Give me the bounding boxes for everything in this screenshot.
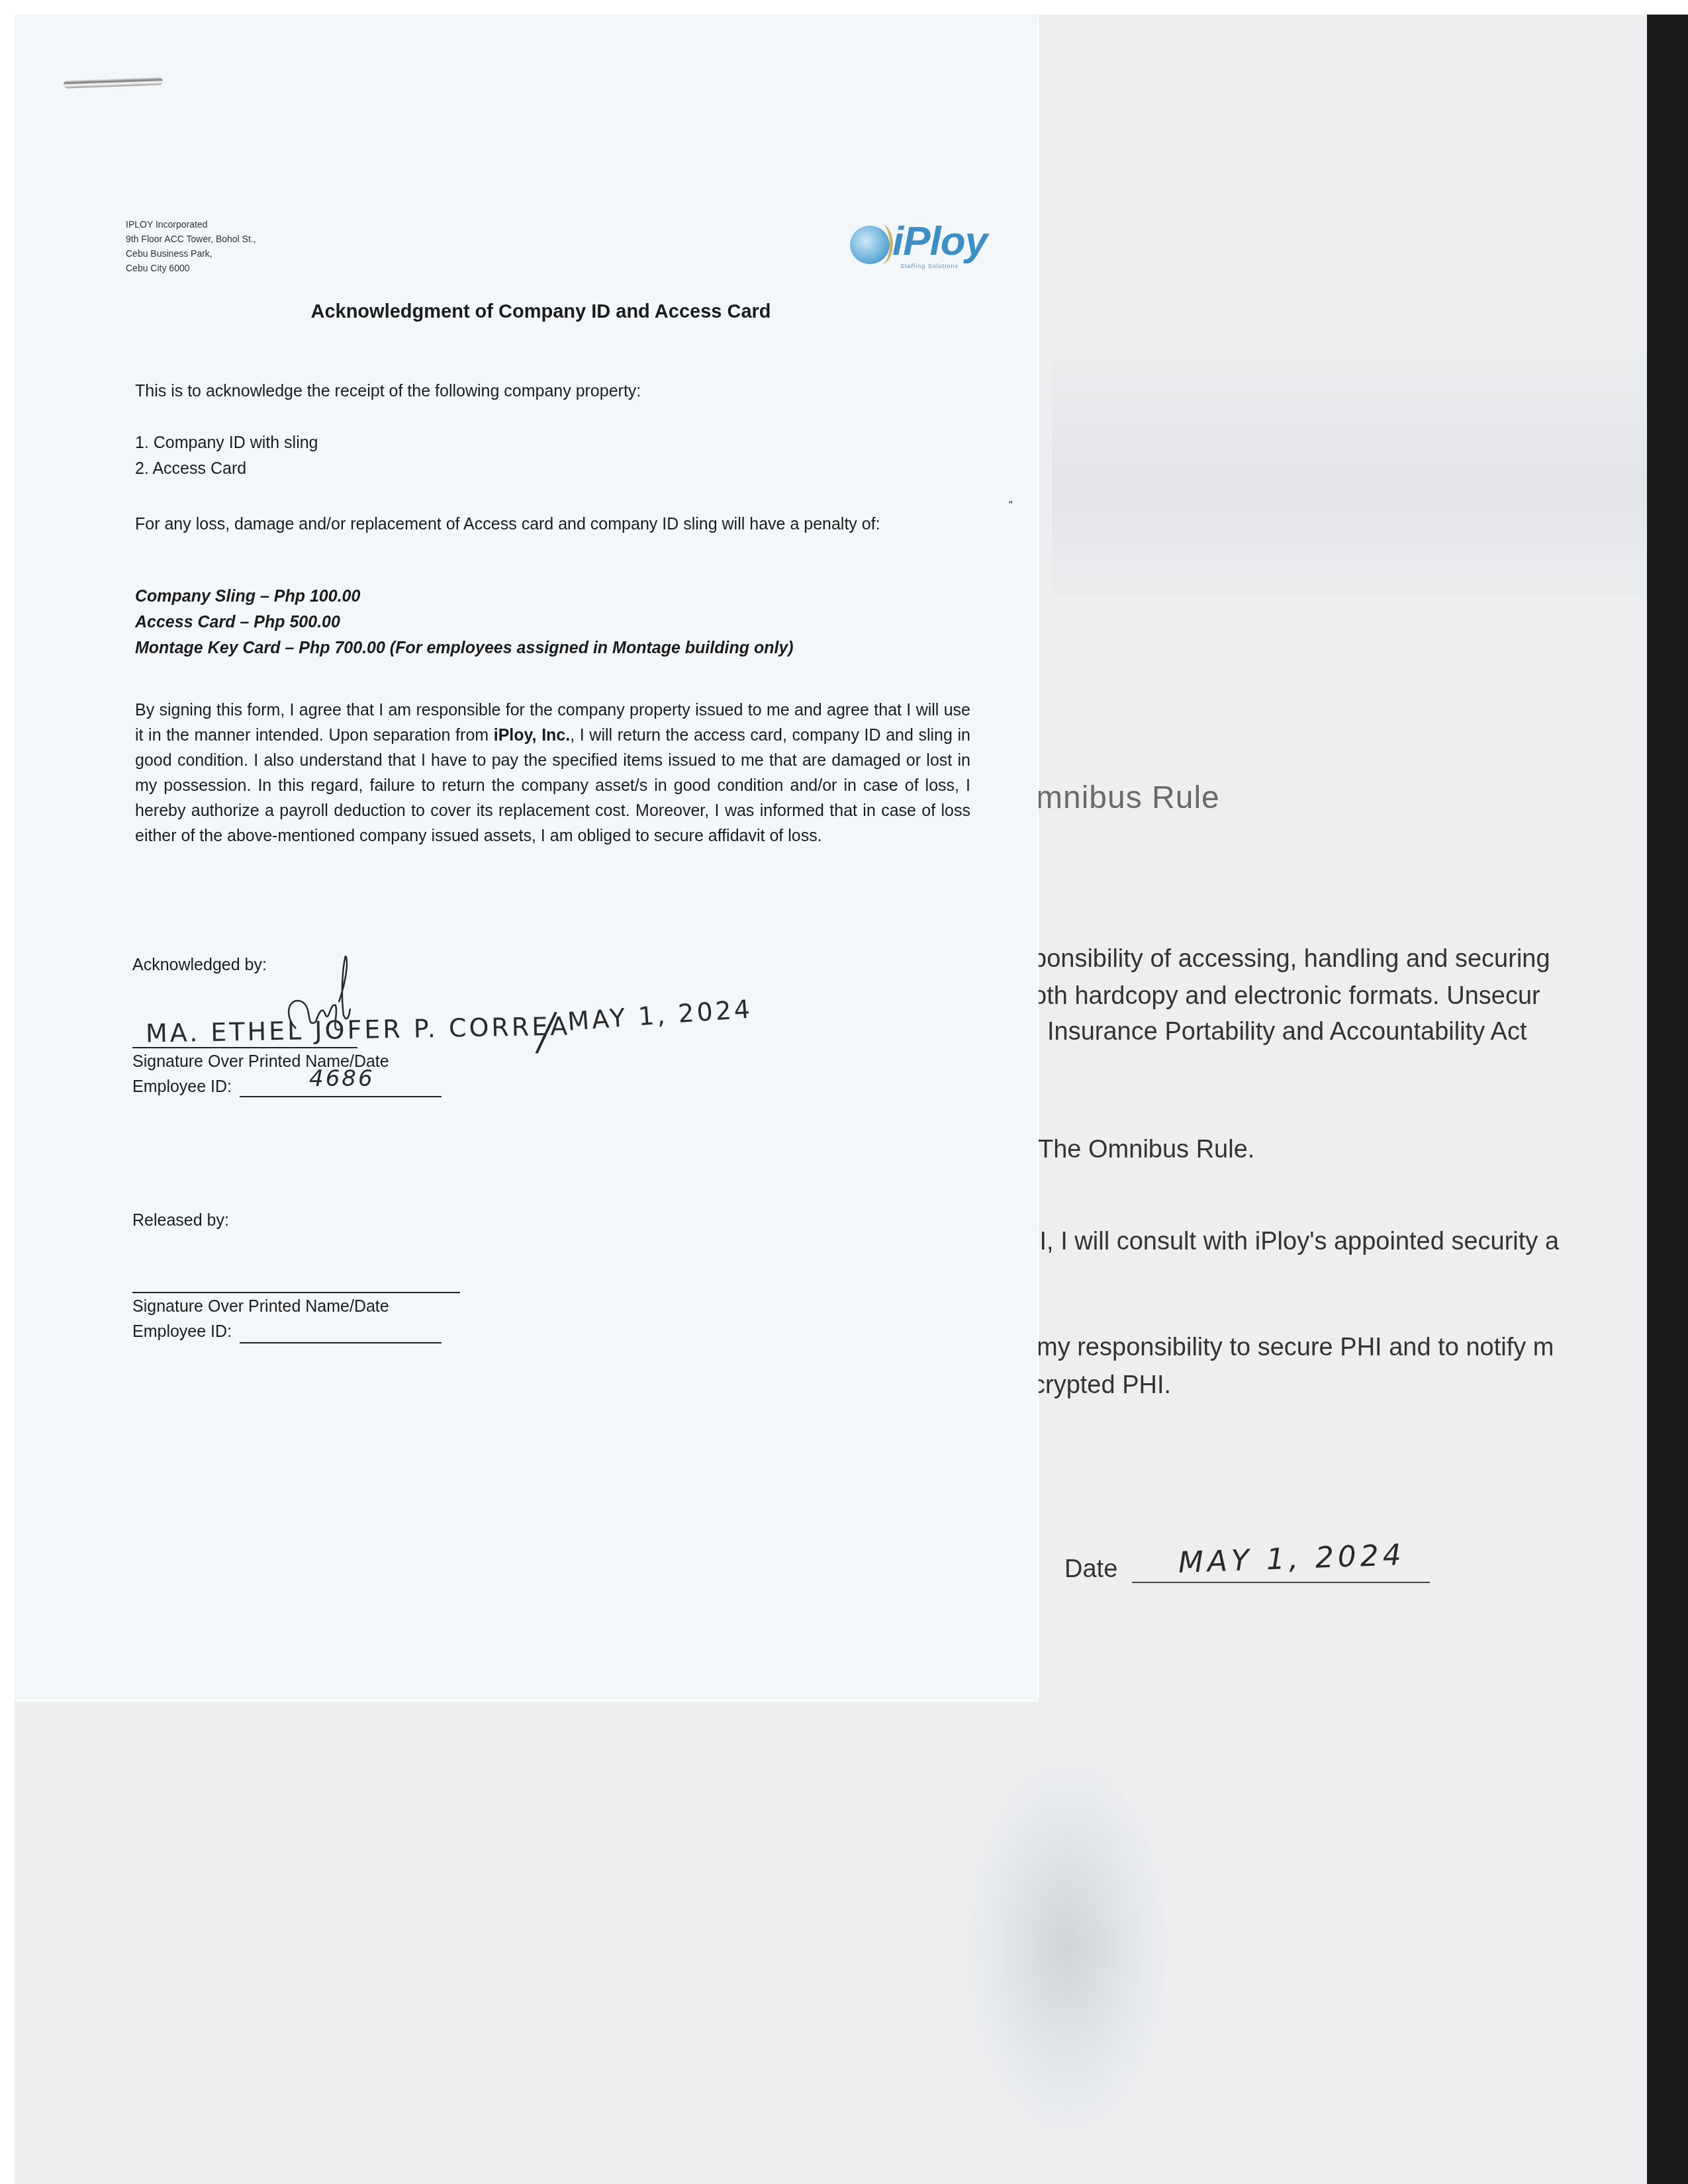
- penalty-item: Company Sling – Php 100.00: [135, 587, 360, 606]
- acknowledged-signature-line[interactable]: [132, 1047, 357, 1048]
- back-page-line: The Omnibus Rule.: [1038, 1136, 1254, 1164]
- back-page-line: Insurance Portability and Accountability…: [1047, 1018, 1527, 1046]
- logo-wordmark: iPloy: [892, 218, 987, 265]
- acknowledged-employee-id-label: Employee ID:: [132, 1077, 232, 1097]
- property-item: 1. Company ID with sling: [135, 433, 318, 453]
- letterhead-company: IPLOY Incorporated: [126, 217, 256, 232]
- back-page-line: II, I will consult with iPloy's appointe…: [1033, 1228, 1559, 1256]
- agreement-paragraph: By signing this form, I agree that I am …: [135, 698, 970, 848]
- scan-smudge: [968, 1762, 1166, 2132]
- handwritten-employee-id: 4686: [309, 1066, 375, 1092]
- released-signature-caption: Signature Over Printed Name/Date: [132, 1297, 389, 1316]
- letterhead-address-line: Cebu Business Park,: [126, 246, 256, 261]
- acknowledged-by-label: Acknowledged by:: [132, 956, 267, 975]
- letterhead: IPLOY Incorporated 9th Floor ACC Tower, …: [126, 217, 256, 275]
- back-page-line: crypted PHI.: [1033, 1371, 1171, 1400]
- letterhead-address-line: Cebu City 6000: [126, 261, 256, 275]
- released-employee-id-label: Employee ID:: [132, 1322, 232, 1342]
- logo-tagline: Staffing Solutions: [900, 263, 959, 269]
- stray-mark: ": [1009, 500, 1013, 512]
- front-page-acknowledgment-form: IPLOY Incorporated 9th Floor ACC Tower, …: [15, 15, 1037, 1700]
- penalty-intro: For any loss, damage and/or replacement …: [135, 512, 962, 537]
- swoosh-icon: [870, 224, 893, 264]
- staple: [64, 77, 163, 88]
- scan-shading: [1052, 332, 1648, 597]
- penalty-item: Access Card – Php 500.00: [135, 613, 340, 632]
- back-page-line: ponsibility of accessing, handling and s…: [1033, 945, 1550, 974]
- acknowledged-employee-id-field[interactable]: [240, 1096, 442, 1097]
- penalty-item: Montage Key Card – Php 700.00 (For emplo…: [135, 639, 794, 658]
- intro-text: This is to acknowledge the receipt of th…: [135, 382, 641, 401]
- handwritten-name: MA. ETHEL JOFER P. CORREA: [146, 1011, 571, 1048]
- released-by-label: Released by:: [132, 1211, 229, 1230]
- form-title: Acknowledgment of Company ID and Access …: [15, 301, 1067, 323]
- back-date-label: Date: [1064, 1555, 1117, 1584]
- back-page-line: oth hardcopy and electronic formats. Uns…: [1033, 982, 1540, 1011]
- handwritten-date: MAY 1, 2024: [567, 994, 754, 1036]
- back-page-line: my responsibility to secure PHI and to n…: [1037, 1334, 1554, 1362]
- iploy-logo: iPloy Staffing Solutions: [843, 216, 1015, 276]
- back-page-heading: )mnibus Rule: [1025, 780, 1220, 816]
- scanner-edge-strip: [1647, 15, 1688, 2184]
- agreement-company: iPloy, Inc.: [494, 726, 571, 745]
- letterhead-address-line: 9th Floor ACC Tower, Bohol St.,: [126, 232, 256, 246]
- property-item: 2. Access Card: [135, 459, 246, 478]
- released-signature-line[interactable]: [132, 1292, 460, 1293]
- released-employee-id-field[interactable]: [240, 1342, 442, 1343]
